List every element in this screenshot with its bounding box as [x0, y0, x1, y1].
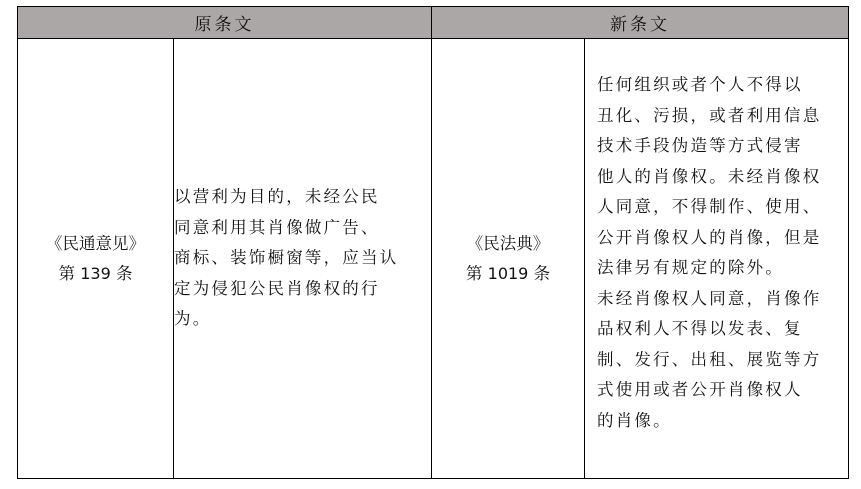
new-text-line: 技术手段伪造等方式侵害	[597, 131, 842, 162]
new-text-line: 公开肖像权人的肖像，但是	[597, 223, 842, 254]
article-number: 139	[80, 264, 111, 283]
new-text-line: 品权利人不得以发表、复	[597, 314, 842, 345]
new-source: 《民法典》	[432, 229, 584, 259]
new-text-line: 未经肖像权人同意，肖像作	[597, 284, 842, 315]
original-text-line: 同意利用其肖像做广告、	[174, 213, 431, 244]
law-comparison-table: 原条文 新条文 《民通意见》 第 139 条 以营利为目的，未经公民 同意利用其…	[17, 6, 849, 479]
header-row: 原条文 新条文	[18, 7, 849, 39]
article-suffix: 条	[534, 264, 551, 283]
original-text-cell: 以营利为目的，未经公民 同意利用其肖像做广告、 商标、装饰橱窗等，应当认 定为侵…	[174, 39, 432, 479]
original-text-line: 商标、装饰橱窗等，应当认	[174, 243, 431, 274]
new-text-line: 人同意，不得制作、使用、	[597, 192, 842, 223]
article-prefix: 第	[466, 264, 483, 283]
new-text-line: 丑化、污损，或者利用信息	[597, 101, 842, 132]
new-article-header: 新条文	[432, 7, 849, 39]
original-article-number: 第 139 条	[18, 259, 173, 289]
article-number: 1019	[488, 264, 529, 283]
comparison-row: 《民通意见》 第 139 条 以营利为目的，未经公民 同意利用其肖像做广告、 商…	[18, 39, 849, 479]
original-text-line: 定为侵犯公民肖像权的行	[174, 274, 431, 305]
new-text-line: 他人的肖像权。未经肖像权	[597, 162, 842, 193]
article-prefix: 第	[58, 264, 75, 283]
article-suffix: 条	[116, 264, 133, 283]
new-text-line: 任何组织或者个人不得以	[597, 70, 842, 101]
new-article-number: 第 1019 条	[432, 259, 584, 289]
new-text-line: 法律另有规定的除外。	[597, 253, 842, 284]
original-citation-cell: 《民通意见》 第 139 条	[18, 39, 174, 479]
new-text-line: 的肖像。	[597, 406, 842, 437]
new-text-line: 式使用或者公开肖像权人	[597, 375, 842, 406]
new-citation-cell: 《民法典》 第 1019 条	[432, 39, 585, 479]
original-text-line: 为。	[174, 304, 431, 335]
original-source: 《民通意见》	[18, 229, 173, 259]
new-text-cell: 任何组织或者个人不得以 丑化、污损，或者利用信息 技术手段伪造等方式侵害 他人的…	[585, 39, 849, 479]
original-article-header: 原条文	[18, 7, 432, 39]
new-text-line: 制、发行、出租、展览等方	[597, 345, 842, 376]
original-text-line: 以营利为目的，未经公民	[174, 182, 431, 213]
